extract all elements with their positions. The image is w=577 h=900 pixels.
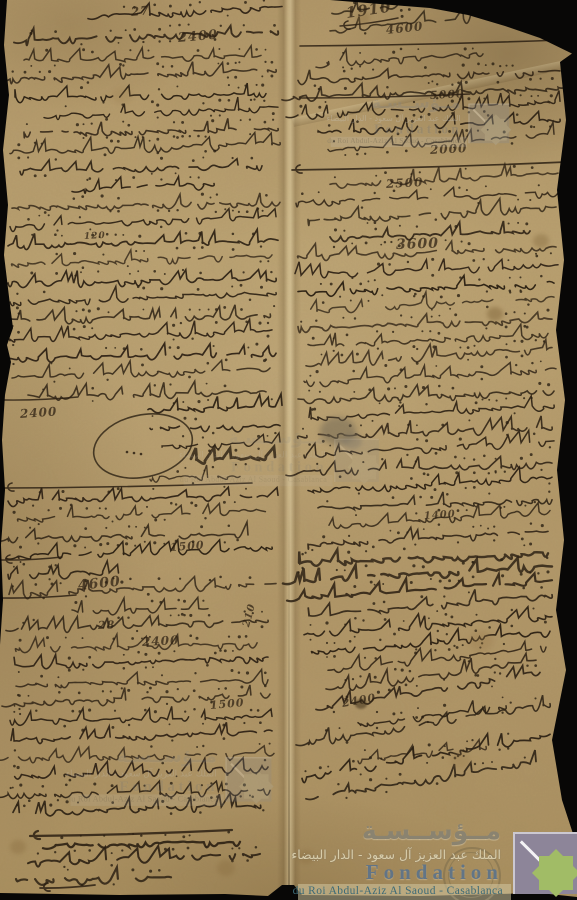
numeral-annotation: 2400 bbox=[20, 405, 58, 420]
numeral-annotation: 5000 bbox=[430, 88, 465, 101]
numeral-annotation: 2400 bbox=[177, 29, 218, 45]
manuscript-scan: 2724001202400150046002824002101500191046… bbox=[0, 0, 577, 900]
numeral-annotation: 28 bbox=[98, 619, 116, 631]
numeral-annotation: 2400 bbox=[142, 634, 180, 648]
numeral-annotation: 120 bbox=[84, 232, 106, 242]
numeral-annotation: 27 bbox=[130, 4, 150, 18]
numeral-annotation: 2000 bbox=[430, 142, 468, 156]
numeral-annotation: 4600 bbox=[385, 20, 423, 36]
numeral-annotation: 3600 bbox=[396, 237, 439, 252]
handwriting-layer bbox=[0, 0, 577, 900]
numeral-annotation: 1500 bbox=[210, 697, 245, 711]
numeral-annotation: 2500 bbox=[386, 176, 424, 190]
numeral-annotation: 1500 bbox=[170, 540, 205, 553]
